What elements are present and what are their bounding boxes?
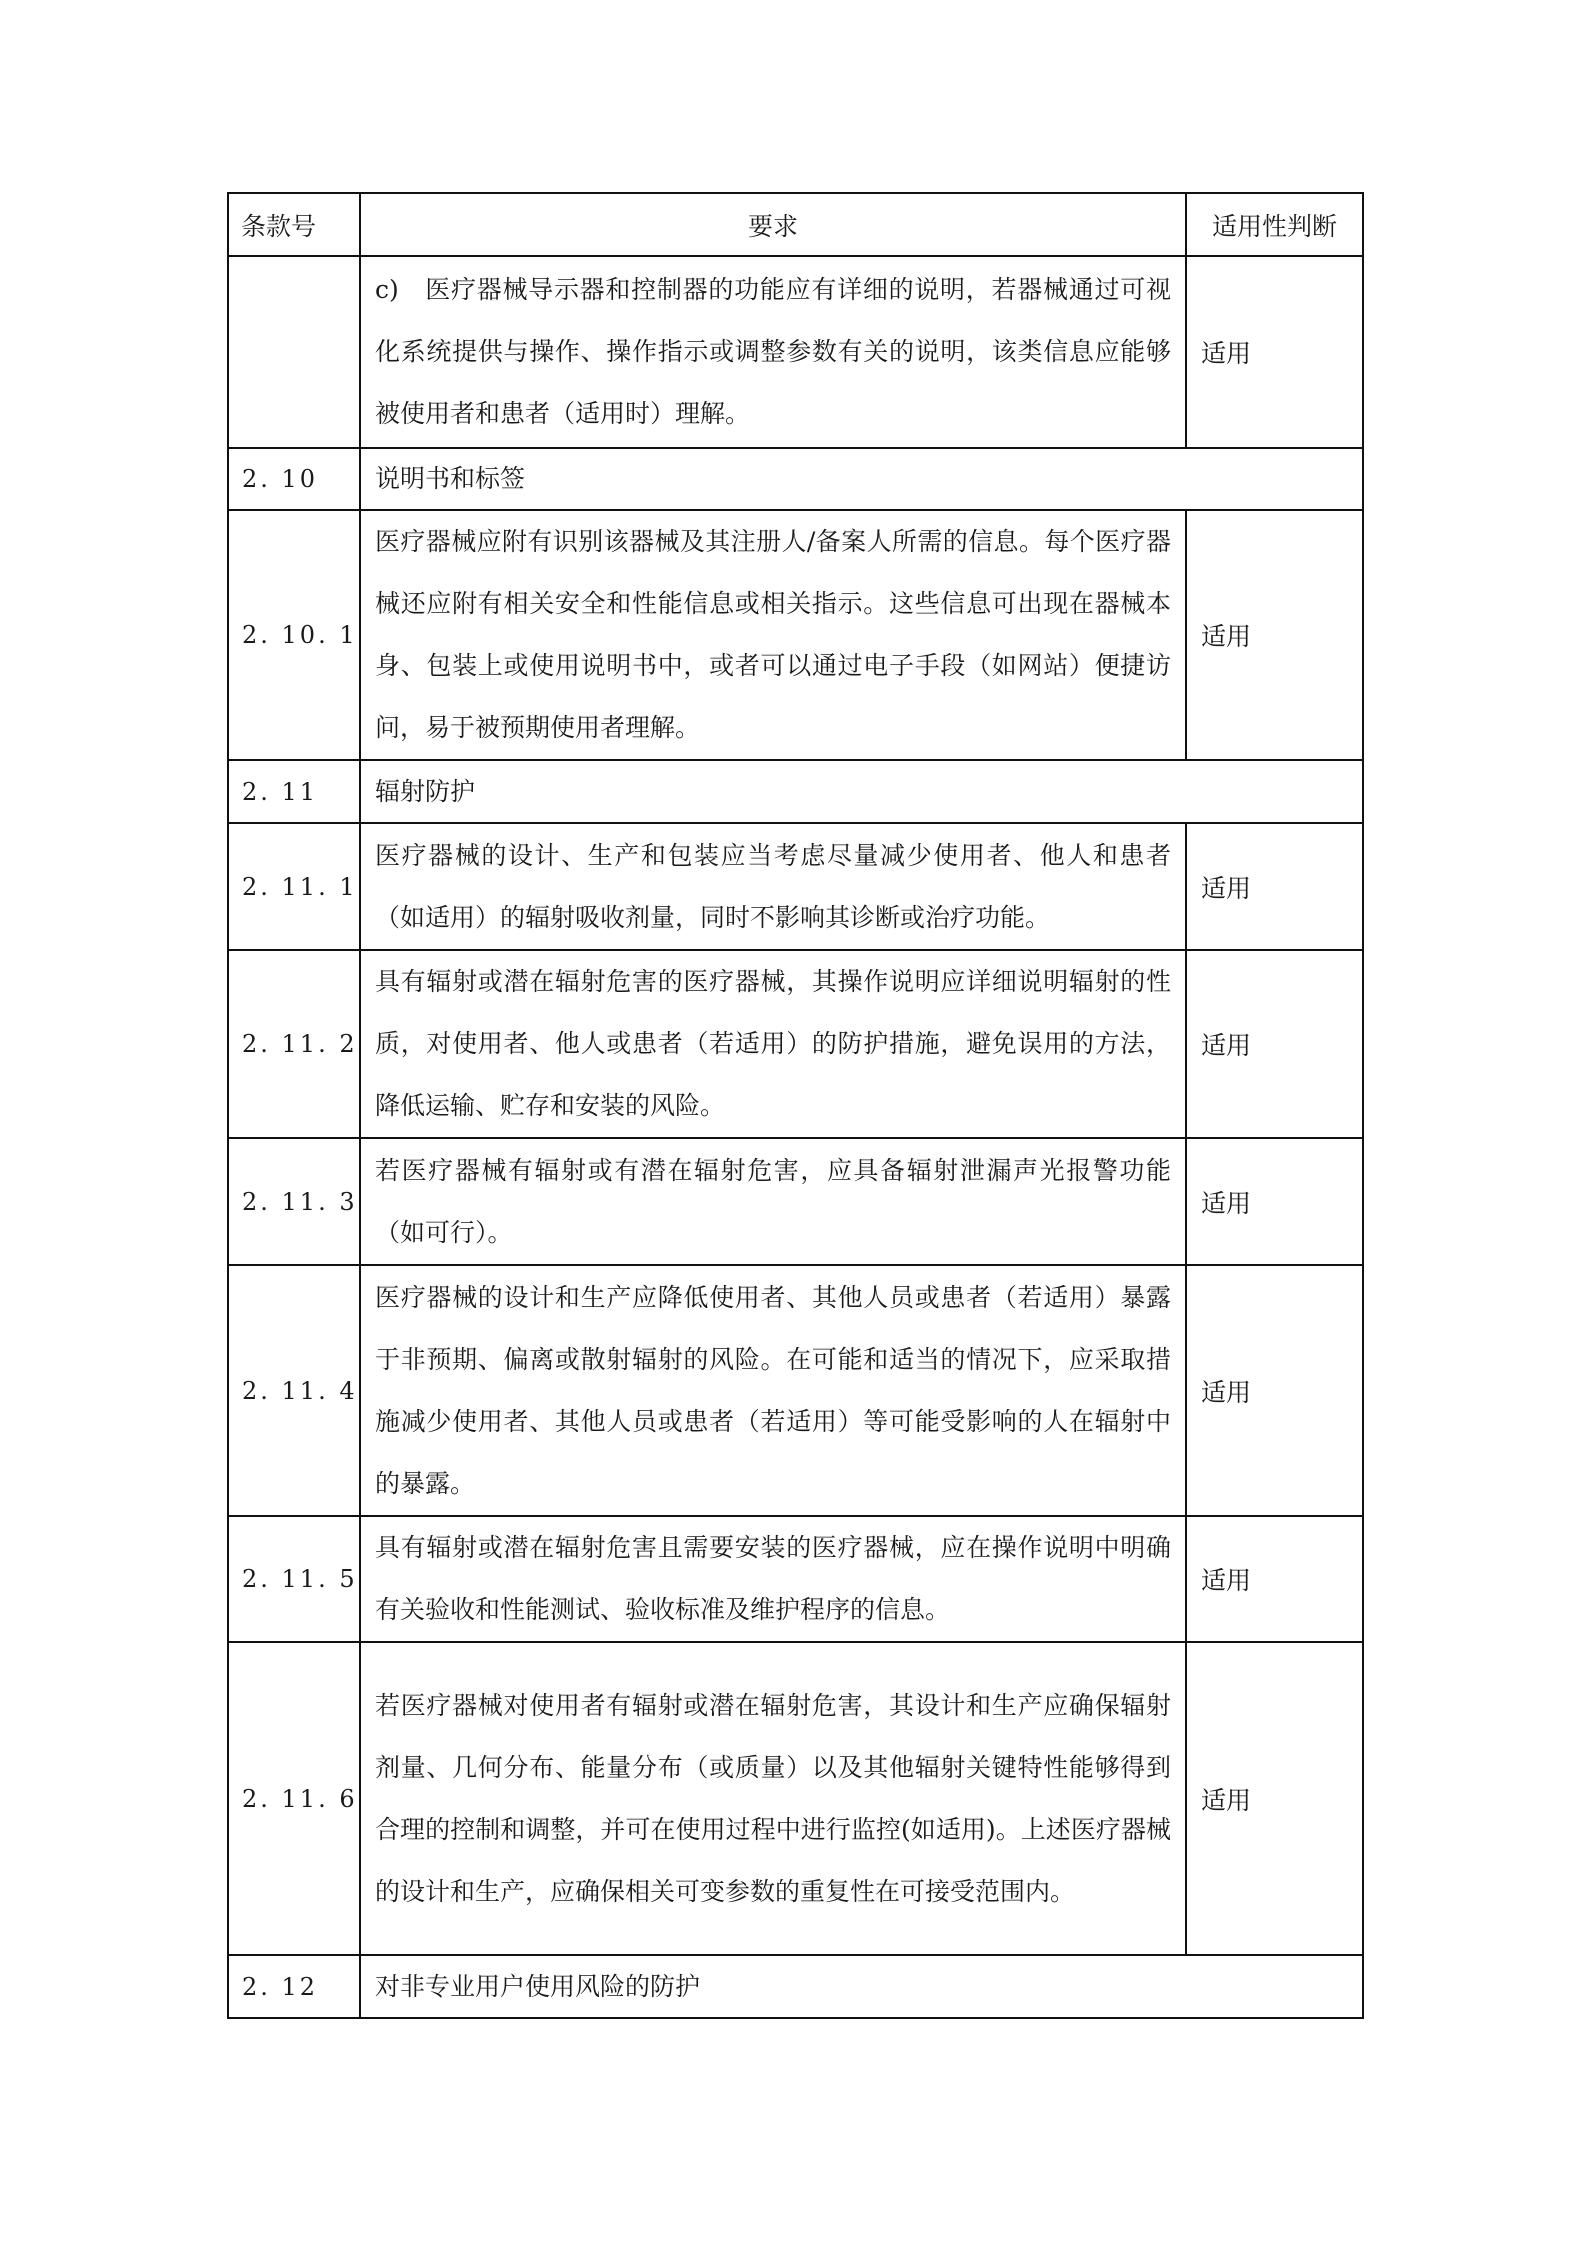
applicability-value: 适用 — [1186, 823, 1363, 950]
table-row: 2. 11. 1 医疗器械的设计、生产和包装应当考虑尽量减少使用者、他人和患者（… — [228, 823, 1363, 950]
table-row: 2. 11. 6 若医疗器械对使用者有辐射或潜在辐射危害，其设计和生产应确保辐射… — [228, 1642, 1363, 1955]
section-row: 2. 12 对非专业用户使用风险的防护 — [228, 1955, 1363, 2018]
requirement-text: 具有辐射或潜在辐射危害的医疗器械，其操作说明应详细说明辐射的性质，对使用者、他人… — [360, 950, 1186, 1138]
requirement-text: c) 医疗器械导示器和控制器的功能应有详细的说明，若器械通过可视化系统提供与操作… — [360, 256, 1186, 448]
clause-number: 2. 11 — [228, 760, 360, 823]
applicability-value: 适用 — [1186, 950, 1363, 1138]
header-applicability: 适用性判断 — [1186, 193, 1363, 256]
table-header-row: 条款号 要求 适用性判断 — [228, 193, 1363, 256]
table-row: 2. 11. 4 医疗器械的设计和生产应降低使用者、其他人员或患者（若适用）暴露… — [228, 1265, 1363, 1516]
clause-number: 2. 11. 2 — [228, 950, 360, 1138]
clause-number — [228, 256, 360, 448]
table-row: 2. 11. 3 若医疗器械有辐射或有潜在辐射危害，应具备辐射泄漏声光报警功能（… — [228, 1138, 1363, 1265]
section-title: 辐射防护 — [360, 760, 1363, 823]
clause-number: 2. 10 — [228, 448, 360, 510]
table-row: 2. 10. 1 医疗器械应附有识别该器械及其注册人/备案人所需的信息。每个医疗… — [228, 510, 1363, 760]
applicability-value: 适用 — [1186, 1642, 1363, 1955]
requirement-text: 若医疗器械对使用者有辐射或潜在辐射危害，其设计和生产应确保辐射剂量、几何分布、能… — [360, 1642, 1186, 1955]
clause-number: 2. 11. 3 — [228, 1138, 360, 1265]
clause-number: 2. 11. 1 — [228, 823, 360, 950]
header-clause: 条款号 — [228, 193, 360, 256]
table-row: 2. 11. 5 具有辐射或潜在辐射危害且需要安装的医疗器械，应在操作说明中明确… — [228, 1516, 1363, 1642]
requirement-text: 医疗器械应附有识别该器械及其注册人/备案人所需的信息。每个医疗器械还应附有相关安… — [360, 510, 1186, 760]
clause-number: 2. 11. 4 — [228, 1265, 360, 1516]
table-row: 2. 11. 2 具有辐射或潜在辐射危害的医疗器械，其操作说明应详细说明辐射的性… — [228, 950, 1363, 1138]
section-row: 2. 10 说明书和标签 — [228, 448, 1363, 510]
applicability-value: 适用 — [1186, 1265, 1363, 1516]
table-row: c) 医疗器械导示器和控制器的功能应有详细的说明，若器械通过可视化系统提供与操作… — [228, 256, 1363, 448]
applicability-value: 适用 — [1186, 1138, 1363, 1265]
clause-number: 2. 11. 5 — [228, 1516, 360, 1642]
clause-number: 2. 10. 1 — [228, 510, 360, 760]
applicability-value: 适用 — [1186, 256, 1363, 448]
requirement-text: 医疗器械的设计、生产和包装应当考虑尽量减少使用者、他人和患者（如适用）的辐射吸收… — [360, 823, 1186, 950]
clause-number: 2. 12 — [228, 1955, 360, 2018]
requirement-text: 若医疗器械有辐射或有潜在辐射危害，应具备辐射泄漏声光报警功能（如可行）。 — [360, 1138, 1186, 1265]
requirement-text: 具有辐射或潜在辐射危害且需要安装的医疗器械，应在操作说明中明确有关验收和性能测试… — [360, 1516, 1186, 1642]
applicability-value: 适用 — [1186, 1516, 1363, 1642]
requirement-text: 医疗器械的设计和生产应降低使用者、其他人员或患者（若适用）暴露于非预期、偏离或散… — [360, 1265, 1186, 1516]
section-title: 对非专业用户使用风险的防护 — [360, 1955, 1363, 2018]
section-row: 2. 11 辐射防护 — [228, 760, 1363, 823]
document-page: 条款号 要求 适用性判断 c) 医疗器械导示器和控制器的功能应有详细的说明，若器… — [0, 0, 1587, 2245]
header-requirement: 要求 — [360, 193, 1186, 256]
section-title: 说明书和标签 — [360, 448, 1363, 510]
applicability-value: 适用 — [1186, 510, 1363, 760]
clause-number: 2. 11. 6 — [228, 1642, 360, 1955]
requirements-table: 条款号 要求 适用性判断 c) 医疗器械导示器和控制器的功能应有详细的说明，若器… — [227, 192, 1364, 2019]
